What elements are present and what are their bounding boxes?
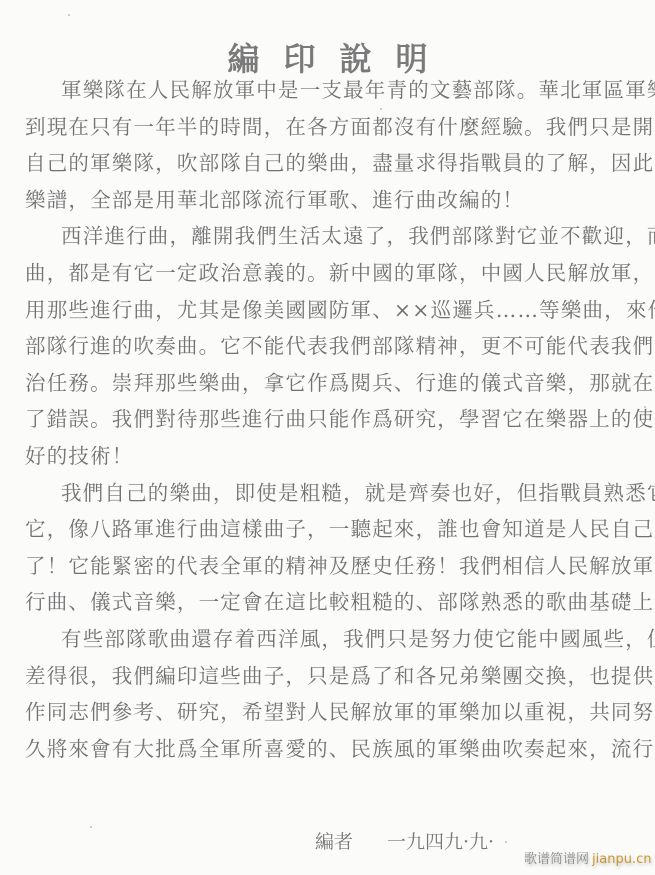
document-body: 軍樂隊在人民解放軍中是一支最年青的文藝部隊。華北軍區軍樂隊成立 到現在只有一年半… [25, 72, 631, 767]
text-line: 治任務。崇拜那些樂曲，拿它作爲閱兵、行進的儀式音樂，那就在政治上犯 [25, 365, 631, 402]
text-line: 它，像八路軍進行曲這樣曲子，一聽起來，誰也會知道是人民自己的隊伍來 [25, 511, 631, 548]
text-line: 軍樂隊在人民解放軍中是一支最年青的文藝部隊。華北軍區軍樂隊成立 [25, 72, 631, 109]
scan-speck [90, 826, 92, 828]
text-line: 我們自己的樂曲，即使是粗糙，就是齊奏也好，但指戰員熟悉它、喜歡 [25, 475, 631, 512]
text-line: 久將來會有大批爲全軍所喜愛的、民族風的軍樂曲吹奏起來，流行起來。 [25, 731, 631, 768]
text-line: 好的技術！ [25, 438, 631, 475]
scan-speck [644, 406, 646, 408]
scan-speck [68, 14, 70, 16]
paragraph-1: 軍樂隊在人民解放軍中是一支最年青的文藝部隊。華北軍區軍樂隊成立 到現在只有一年半… [25, 72, 631, 218]
text-line: 了錯誤。我們對待那些進行曲只能作爲研究，學習它在樂器上的使用及一些 [25, 401, 631, 438]
text-line: 部隊行進的吹奏曲。它不能代表我們部隊精神，更不可能代表我們軍隊的政 [25, 328, 631, 365]
watermark-label: 歌谱简谱网 [524, 852, 589, 867]
signature: 編者一九四九·九· [315, 829, 494, 855]
watermark: 歌谱简谱网jianpu.cn [524, 848, 651, 867]
text-line: 西洋進行曲，離開我們生活太遠了，我們部隊對它並不歡迎，而那些樂 [25, 218, 631, 255]
paragraph-4: 有些部隊歌曲還存着西洋風，我們只是努力使它能中國風些，但成就還 差得很，我們編印… [25, 621, 631, 767]
text-line: 到現在只有一年半的時間，在各方面都沒有什麼經驗。我們只是開始來建設 [25, 109, 631, 146]
text-line: 差得很，我們編印這些曲子，只是爲了和各兄弟樂團交換，也提供給音樂工 [25, 658, 631, 695]
paragraph-3: 我們自己的樂曲，即使是粗糙，就是齊奏也好，但指戰員熟悉它、喜歡 它，像八路軍進行… [25, 475, 631, 621]
scan-speck [380, 108, 382, 110]
document-page: 編印說明 軍樂隊在人民解放軍中是一支最年青的文藝部隊。華北軍區軍樂隊成立 到現在… [0, 0, 655, 875]
text-line: 曲，都是有它一定政治意義的。新中國的軍隊，中國人民解放軍，再也不會 [25, 255, 631, 292]
text-line: 用那些進行曲，尤其是像美國國防軍、××巡邏兵……等樂曲，來作爲我們 [25, 292, 631, 329]
scan-speck [505, 841, 507, 843]
text-line: 了！它能緊密的代表全軍的精神及歷史任務！我們相信人民解放軍自己的進 [25, 548, 631, 585]
text-line: 自己的軍樂隊，吹部隊自己的樂曲，盡量求得指戰員的了解，因此我們吹奏 [25, 145, 631, 182]
paragraph-2: 西洋進行曲，離開我們生活太遠了，我們部隊對它並不歡迎，而那些樂 曲，都是有它一定… [25, 218, 631, 474]
text-line: 樂譜，全部是用華北部隊流行軍歌、進行曲改編的！ [25, 182, 631, 219]
text-line: 有些部隊歌曲還存着西洋風，我們只是努力使它能中國風些，但成就還 [25, 621, 631, 658]
watermark-site: jianpu.cn [592, 852, 651, 867]
signature-author: 編者 [315, 829, 387, 855]
text-line: 行曲、儀式音樂，一定會在這比較粗糙的、部隊熟悉的歌曲基礎上產生！ [25, 584, 631, 621]
signature-date: 一九四九·九· [387, 831, 494, 853]
text-line: 作同志們參考、研究，希望對人民解放軍的軍樂加以重視，共同努力，使不 [25, 694, 631, 731]
